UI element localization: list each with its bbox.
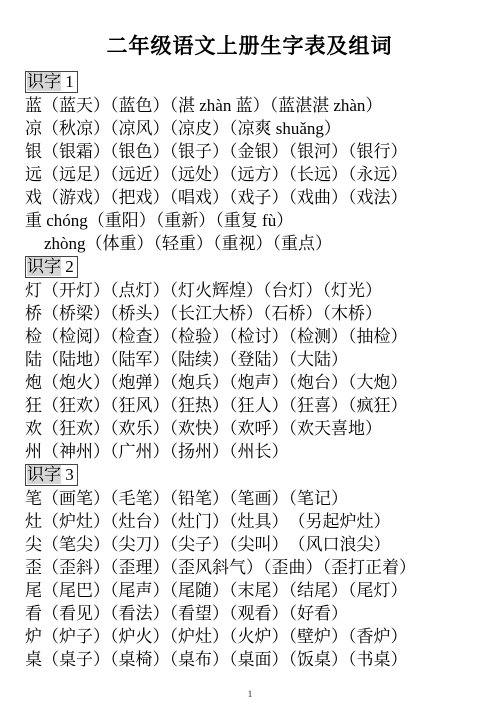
vocab-line-continuation: zhòng（体重）（轻重）（重视）（重点）: [25, 232, 494, 255]
vocab-line: 炉（炉子）（炉火）（炉灶）（火炉）（壁炉）（香炉）: [25, 625, 494, 648]
section-label-1: 识字 1: [25, 71, 78, 93]
section-label-number: 2: [61, 257, 74, 276]
vocab-line: 歪（歪斜）（歪理）（歪风斜气）（歪曲）（歪打正着）: [25, 556, 494, 579]
vocab-line: 灯（开灯）（点灯）（灯火辉煌）（台灯）（灯光）: [25, 279, 494, 302]
section-label-2: 识字 2: [25, 256, 78, 278]
section-shizi-3: 识字 3 笔（画笔）（毛笔）（铅笔）（笔画）（笔记） 灶（炉灶）（灶台）（灶门）…: [25, 463, 494, 671]
section-label-number: 3: [61, 465, 74, 484]
document-page: 二年级语文上册生字表及组词 识字 1 蓝（蓝天）（蓝色）（湛 zhàn 蓝）（蓝…: [0, 0, 500, 707]
vocab-line: 欢（狂欢）（欢乐）（欢快）（欢呼）（欢天喜地）: [25, 417, 494, 440]
vocab-line: 检（检阅）（检查）（检验）（检讨）（检测）（抽检）: [25, 325, 494, 348]
vocab-line: 凉（秋凉）（凉风）（凉皮）（凉爽 shuǎng）: [25, 117, 494, 140]
vocab-line: 戏（游戏）（把戏）（唱戏）（戏子）（戏曲）（戏法）: [25, 186, 494, 209]
vocab-line: 尾（尾巴）（尾声）（尾随）（末尾）（结尾）（尾灯）: [25, 579, 494, 602]
section-label-number: 1: [61, 72, 74, 91]
document-title: 二年级语文上册生字表及组词: [25, 30, 474, 60]
vocab-line: 远（远足）（远近）（远处）（远方）（长远）（永远）: [25, 163, 494, 186]
section-label-text: 识字: [27, 257, 61, 276]
section-label-3: 识字 3: [25, 464, 78, 486]
vocab-line: 笔（画笔）（毛笔）（铅笔）（笔画）（笔记）: [25, 487, 494, 510]
vocab-line: 桥（桥梁）（桥头）（长江大桥）（石桥）（木桥）: [25, 302, 494, 325]
vocab-line: 银（银霜）（银色）（银子）（金银）（银河）（银行）: [25, 140, 494, 163]
vocab-line: 蓝（蓝天）（蓝色）（湛 zhàn 蓝）（蓝湛湛 zhàn）: [25, 94, 494, 117]
page-number: 1: [0, 689, 500, 699]
vocab-line: 桌（桌子）（桌椅）（桌布）（桌面）（饭桌）（书桌）: [25, 648, 494, 671]
vocab-line: 州（神州）（广州）（扬州）（州长）: [25, 440, 494, 463]
vocab-line: 陆（陆地）（陆军）（陆续）（登陆）（大陆）: [25, 348, 494, 371]
section-label-text: 识字: [27, 72, 61, 91]
vocab-line: 炮（炮火）（炮弹）（炮兵）（炮声）（炮台）（大炮）: [25, 371, 494, 394]
vocab-line: 灶（炉灶）（灶台）（灶门）（灶具） （另起炉灶）: [25, 510, 494, 533]
section-shizi-2: 识字 2 灯（开灯）（点灯）（灯火辉煌）（台灯）（灯光） 桥（桥梁）（桥头）（长…: [25, 255, 494, 463]
section-shizi-1: 识字 1 蓝（蓝天）（蓝色）（湛 zhàn 蓝）（蓝湛湛 zhàn） 凉（秋凉）…: [25, 70, 494, 255]
vocab-line: 狂（狂欢）（狂风）（狂热）（狂人）（狂喜）（疯狂）: [25, 394, 494, 417]
section-label-text: 识字: [27, 465, 61, 484]
vocab-line: 尖（笔尖）（尖刀）（尖子）（尖叫） （风口浪尖）: [25, 533, 494, 556]
vocab-line: 看（看见）（看法）（看望）（观看）（好看）: [25, 602, 494, 625]
vocab-line: 重 chóng（重阳）（重新）（重复 fù）: [25, 209, 494, 232]
